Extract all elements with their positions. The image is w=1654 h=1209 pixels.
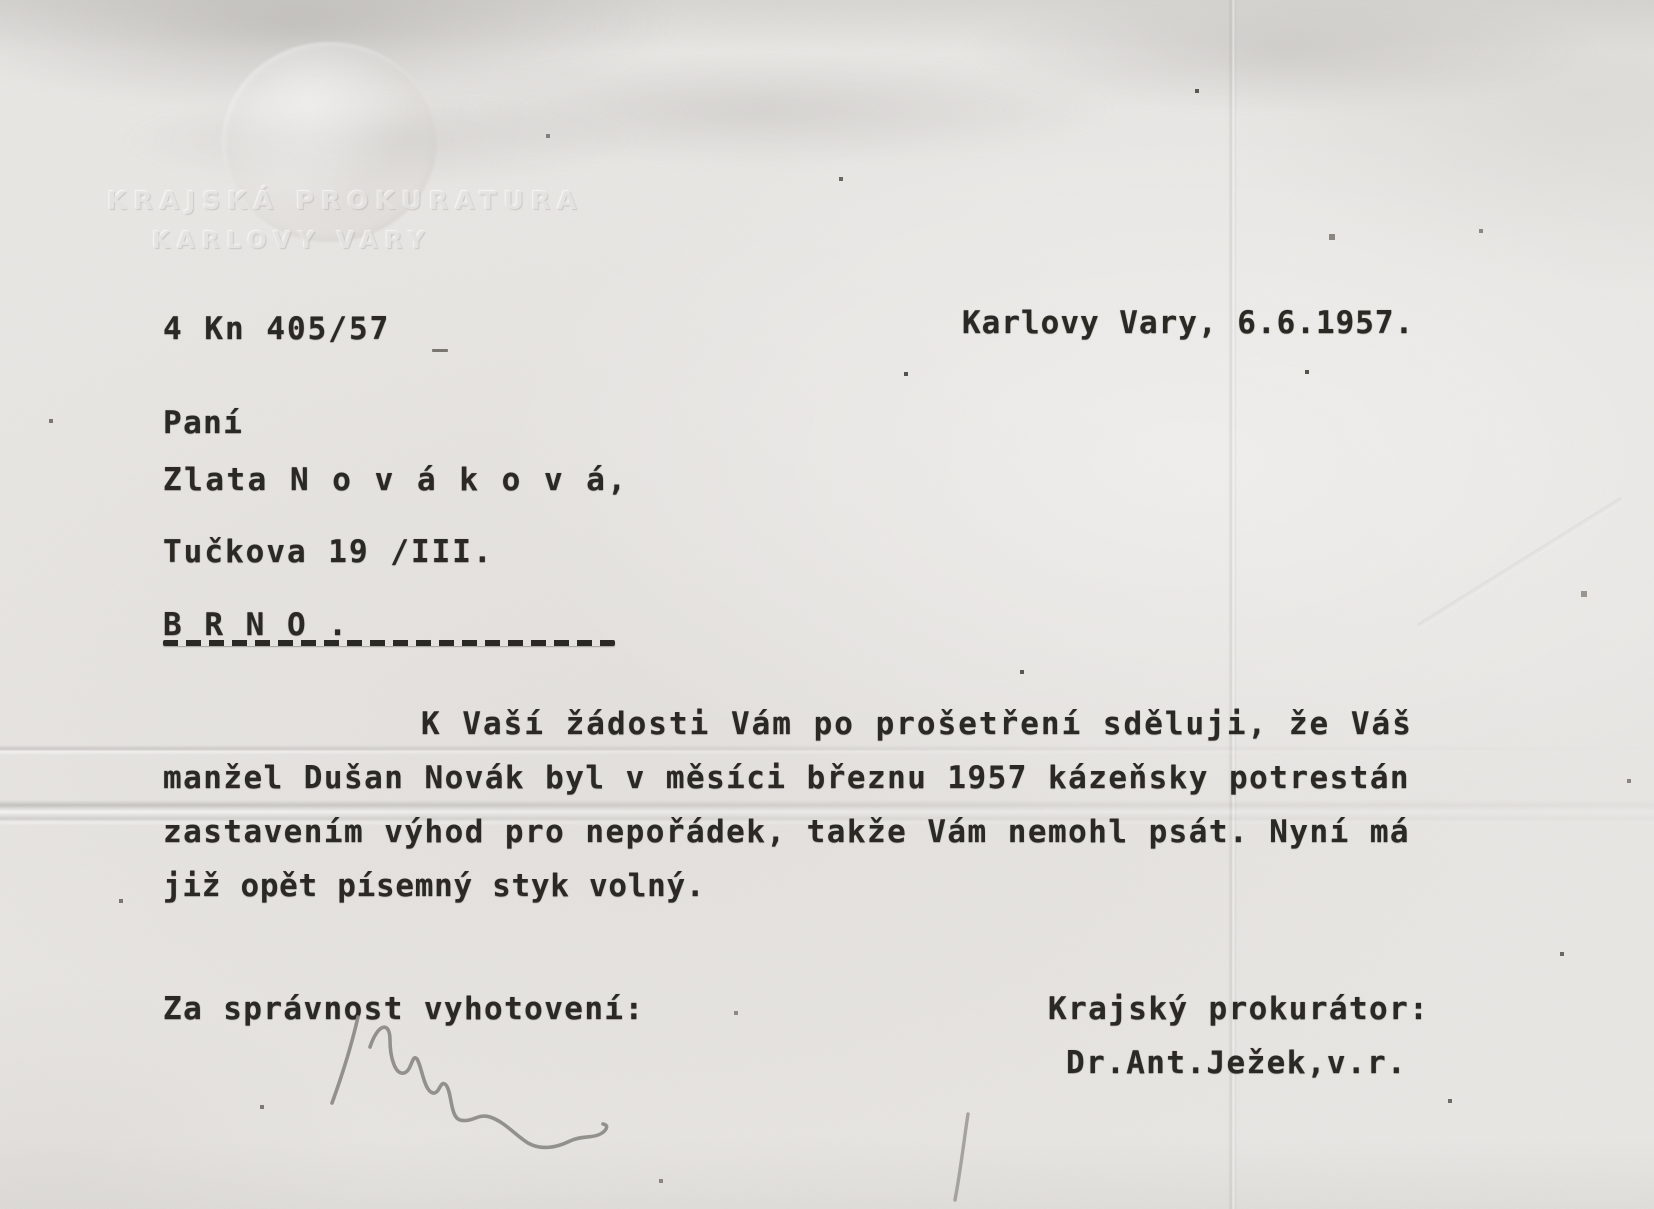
embossed-letterhead-line2: KARLOVY VARY [152, 230, 432, 253]
handwritten-signature [300, 995, 640, 1205]
stray-pencil-stroke [940, 1110, 990, 1205]
stray-pencil-dash [432, 349, 448, 352]
diagonal-crease [1417, 497, 1624, 629]
embossed-letterhead-line1: KRAJSKÁ PROKURATURA [107, 188, 583, 213]
body-line: manžel Dušan Novák byl v měsíci březnu 1… [163, 751, 1453, 805]
signatory-title: Krajský prokurátor: [1048, 992, 1429, 1028]
body-line: zastavením výhod pro nepořádek, takže Vá… [163, 805, 1453, 859]
recipient-salutation: Paní [163, 406, 243, 442]
recipient-name: Zlata N o v á k o v á, [163, 463, 629, 499]
reference-number: 4 Kn 405/57 [163, 312, 390, 348]
scanned-letter-page: KRAJSKÁ PROKURATURA KARLOVY VARY 4 Kn 40… [0, 0, 1654, 1209]
signatory-name: Dr.Ant.Ježek,v.r. [1066, 1046, 1407, 1082]
dust-specks [0, 0, 2, 2]
body-line: již opět písemný styk volný. [163, 859, 1453, 913]
letter-body: K Vaší žádosti Vám po prošetření sděluji… [163, 697, 1453, 913]
recipient-street: Tučkova 19 /III. [163, 535, 494, 571]
body-line: K Vaší žádosti Vám po prošetření sděluji… [421, 697, 1453, 751]
typed-underline [163, 640, 615, 646]
vertical-fold-crease [1228, 0, 1237, 1209]
place-and-date: Karlovy Vary, 6.6.1957. [962, 306, 1414, 342]
recipient-city: B R N O . [163, 608, 349, 644]
